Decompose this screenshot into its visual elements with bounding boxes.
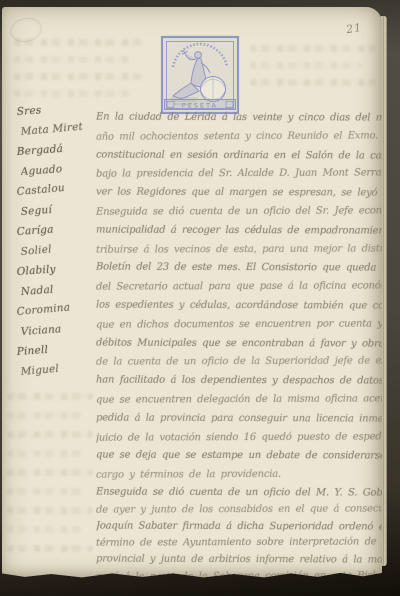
minutes-paragraph-1: En la ciudad de Lérida á las veinte y ci… xyxy=(96,111,385,487)
stamp-denomination-text: PESETA xyxy=(182,102,218,109)
show-through-left-margin xyxy=(7,393,93,564)
page-number: 21 xyxy=(345,19,377,37)
handwritten-line: Enseguida se dió cuenta de un oficio del… xyxy=(96,204,385,224)
handwritten-line: ver los Regidores que al margen se espre… xyxy=(96,186,385,206)
stamp-denomination-band: PESETA xyxy=(165,100,236,110)
handwritten-line: término de este Ayuntamiento sobre inter… xyxy=(96,536,385,554)
handwritten-line: Boletín del 23 de este mes. El Consistor… xyxy=(96,261,385,281)
handwritten-line: de la cuenta de un oficio de la Superior… xyxy=(96,355,385,375)
handwritten-line: que se deja que se estampe un debate de … xyxy=(96,449,385,469)
handwritten-line: pedida á la provincia para conseguir una… xyxy=(96,411,385,431)
handwritten-line: tribuirse á los vecinos de esta, para un… xyxy=(96,242,385,262)
stamp-globe xyxy=(201,77,226,102)
handwritten-line: del Secretario actual para que pase á la… xyxy=(96,280,385,300)
show-through-top-right xyxy=(250,45,376,96)
handwritten-line: constitucional en sesión ordinaria en el… xyxy=(96,148,385,168)
handwritten-line: Enseguida se dió cuenta de un oficio del… xyxy=(96,485,385,503)
margin-names-list: SresMata MiretBergadáAguadoCastalouSeguí… xyxy=(17,105,101,385)
minutes-paragraph-2: Enseguida se dió cuenta de un oficio del… xyxy=(96,486,385,587)
handwritten-line: de ayer y junto de los consabidos en el … xyxy=(96,502,385,520)
handwritten-line: débitos Municipales que se encontraban á… xyxy=(96,336,385,356)
handwritten-line: municipalidad á recoger las cédulas de e… xyxy=(96,223,385,243)
handwritten-line: año mil ochocientos setenta y cinco Reun… xyxy=(96,129,385,149)
handwritten-line: provincial y junta de arbitrios informe … xyxy=(96,553,385,571)
handwritten-line: pasó á la parte de la Soberana comisión … xyxy=(96,569,385,587)
handwritten-line: Joaquín Sabater firmada á dicha Superior… xyxy=(96,519,385,537)
fiscal-stamp: PESETA xyxy=(160,35,240,115)
handwritten-line: han facilitado á los dependientes y desp… xyxy=(96,374,385,394)
handwritten-line: En la ciudad de Lérida á las veinte y ci… xyxy=(96,110,385,130)
handwritten-line: cargo y términos de la providencia. xyxy=(96,468,385,488)
scanned-manuscript-photo: { "manuscript": { "page_number": "21", "… xyxy=(0,0,400,596)
handwritten-line: que se encuentren delegación de la misma… xyxy=(96,392,385,412)
handwritten-line: bajo la presidencia del Sr. Alcalde D. J… xyxy=(96,167,385,187)
show-through-top xyxy=(14,39,146,107)
handwritten-line: los espedientes y cédulas, acordándose t… xyxy=(96,298,385,318)
manuscript-page: 21 PESETA SresMata MiretB xyxy=(2,7,382,578)
handwritten-line: juicio de la votación siendo 16 quedó pu… xyxy=(96,430,385,450)
handwritten-line: que en dichos documentos se encuentren p… xyxy=(96,317,385,337)
